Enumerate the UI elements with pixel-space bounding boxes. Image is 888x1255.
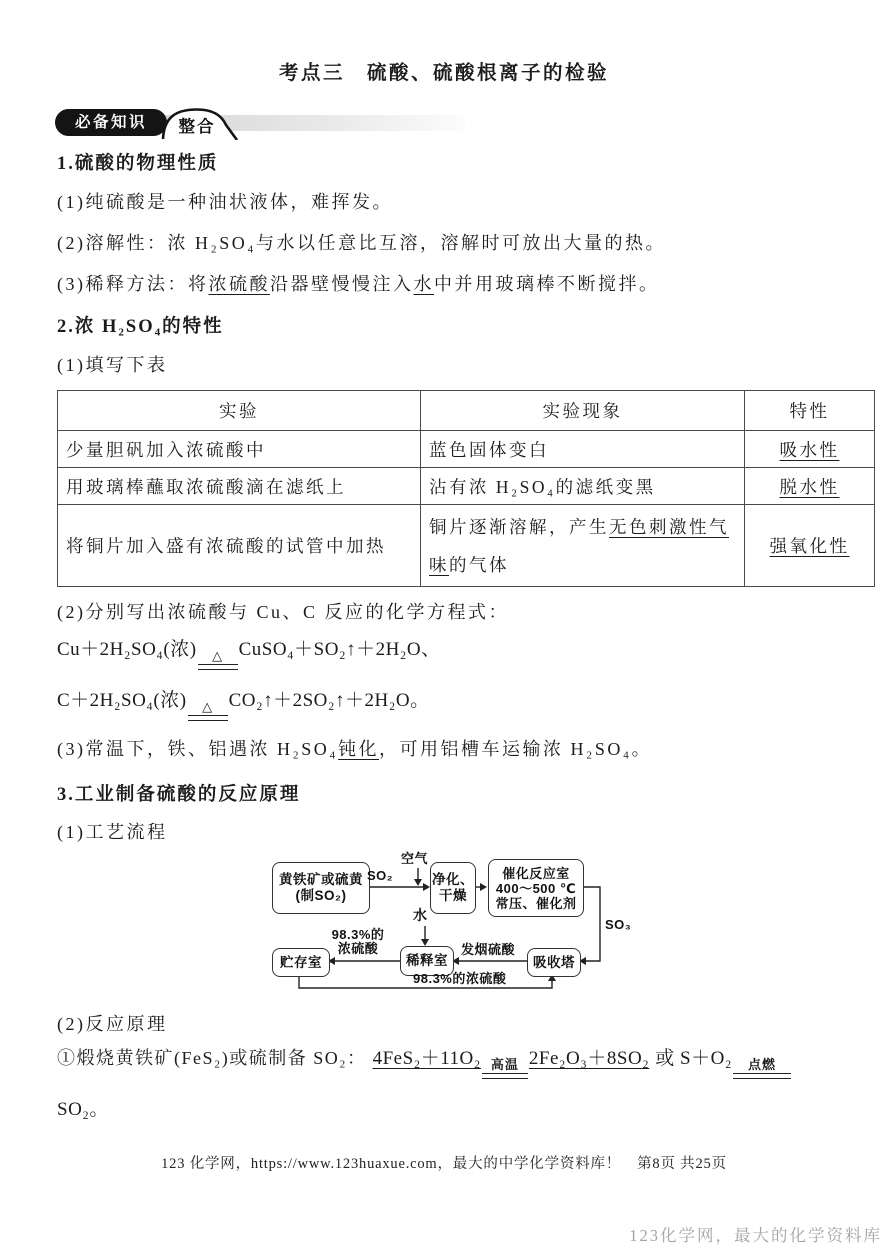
process-flow-diagram: 黄铁矿或硫黄(制SO₂) SO₂ 空气 净化、干燥 催化反应室400～500 ℃… bbox=[57, 852, 830, 1002]
experiment-table: 实验 实验现象 特性 少量胆矾加入浓硫酸中 蓝色固体变白 吸水性 用玻璃棒蘸取浓… bbox=[57, 390, 875, 587]
flow-box-catalyst: 催化反应室400～500 ℃常压、催化剂 bbox=[488, 859, 584, 917]
roast-equation-continued: SO₂。 bbox=[57, 1094, 109, 1121]
flow-box-absorb: 吸收塔 bbox=[527, 948, 581, 977]
equation-right: CO₂↑＋2SO₂↑＋2H₂O。 bbox=[229, 690, 430, 711]
ignite-condition: 点燃 bbox=[733, 1058, 791, 1079]
flow-box-purify: 净化、干燥 bbox=[430, 862, 476, 914]
dilution-suffix: 中并用玻璃棒不断搅拌。 bbox=[434, 274, 660, 294]
document-page: 考点三 硫酸、硫酸根离子的检验 整合 必备知识 1.硫酸的物理性质 (1)纯硫酸… bbox=[0, 0, 888, 1255]
equations-intro: (2)分别写出浓硫酸与 Cu、C 反应的化学方程式： bbox=[57, 600, 509, 624]
section1-heading: 1.硫酸的物理性质 bbox=[57, 149, 218, 175]
footer-site-info: 123 化学网，https://www.123huaxue.com，最大的中学化… bbox=[161, 1156, 621, 1172]
flow-label-oleum: 发烟硫酸 bbox=[461, 943, 515, 957]
passivation-answer: 钝化 bbox=[338, 739, 379, 759]
double-rule bbox=[198, 664, 238, 670]
passivation-item: (3)常温下，铁、铝遇浓 H₂SO₄钝化，可用铝槽车运输浓 H₂SO₄。 bbox=[57, 737, 652, 761]
dilution-answer-water: 水 bbox=[414, 274, 435, 294]
dilution-answer-acid: 浓硫酸 bbox=[209, 274, 271, 294]
flow-label-water: 水 bbox=[413, 908, 428, 922]
property-cell: 强氧化性 bbox=[745, 505, 875, 587]
experiment-cell: 少量胆矾加入浓硫酸中 bbox=[58, 431, 421, 468]
sulfur-alt: 或 S＋O₂ bbox=[655, 1048, 732, 1069]
process-flow-label: (1)工艺流程 bbox=[57, 820, 168, 844]
experiment-cell: 将铜片加入盛有浓硫酸的试管中加热 bbox=[58, 505, 421, 587]
header-property: 特性 bbox=[745, 391, 875, 431]
experiment-cell: 用玻璃棒蘸取浓硫酸滴在滤纸上 bbox=[58, 468, 421, 505]
badge-left-label: 必备知识 bbox=[55, 109, 167, 136]
phenomenon-cell: 沾有浓 H₂SO₄的滤纸变黑 bbox=[421, 468, 745, 505]
section2-heading: 2.浓 H₂SO₄的特性 bbox=[57, 312, 224, 338]
badge-right-label: 整合 bbox=[173, 113, 221, 137]
equation-right: CuSO₄＋SO₂↑＋2H₂O、 bbox=[239, 639, 441, 660]
watermark: 123化学网，最大的化学资料库 bbox=[629, 1222, 882, 1246]
flow-box-source: 黄铁矿或硫黄(制SO₂) bbox=[272, 862, 370, 914]
dilution-prefix: (3)稀释方法：将 bbox=[57, 274, 209, 294]
phenomenon-cell: 铜片逐渐溶解，产生无色刺激性气味的气体 bbox=[421, 505, 745, 587]
flow-label-acid98: 98.3%的浓硫酸 bbox=[329, 928, 387, 956]
flow-label-so2: SO₂ bbox=[367, 869, 393, 883]
table-row: 将铜片加入盛有浓硫酸的试管中加热 铜片逐渐溶解，产生无色刺激性气味的气体 强氧化… bbox=[58, 505, 875, 587]
physical-item-3: (3)稀释方法：将浓硫酸沿器壁慢慢注入水中并用玻璃棒不断搅拌。 bbox=[57, 272, 660, 296]
flow-label-air: 空气 bbox=[401, 852, 428, 866]
roast-equation-line: ①煅烧黄铁矿(FeS₂)或硫制备 SO₂： 4FeS₂＋11O₂高温2Fe₂O₃… bbox=[57, 1046, 792, 1079]
knowledge-badge: 整合 必备知识 bbox=[55, 106, 415, 140]
page-footer: 123 化学网，https://www.123huaxue.com，最大的中学化… bbox=[0, 1152, 888, 1173]
roast-answer-right: 2Fe₂O₃＋8SO₂ bbox=[529, 1048, 649, 1069]
double-rule bbox=[188, 715, 228, 721]
footer-page-number: 第8页 共25页 bbox=[637, 1156, 727, 1172]
table-header-row: 实验 实验现象 特性 bbox=[58, 391, 875, 431]
flow-label-so3: SO₃ bbox=[605, 918, 631, 932]
dilution-middle: 沿器壁慢慢注入 bbox=[270, 274, 414, 294]
reaction-principle-label: (2)反应原理 bbox=[57, 1012, 168, 1036]
flow-box-storage: 贮存室 bbox=[272, 948, 330, 977]
roast-answer-left: 4FeS₂＋11O₂ bbox=[373, 1048, 481, 1069]
double-rule bbox=[733, 1073, 791, 1079]
property-cell: 吸水性 bbox=[745, 431, 875, 468]
table-row: 少量胆矾加入浓硫酸中 蓝色固体变白 吸水性 bbox=[58, 431, 875, 468]
flow-label-acid98-bottom: 98.3%的浓硫酸 bbox=[413, 972, 506, 986]
delta-condition: △ bbox=[188, 700, 228, 721]
c-equation: C＋2H₂SO₄(浓)△CO₂↑＋2SO₂↑＋2H₂O。 bbox=[57, 685, 430, 721]
physical-item-1: (1)纯硫酸是一种油状液体，难挥发。 bbox=[57, 190, 393, 214]
equation-left: C＋2H₂SO₄(浓) bbox=[57, 690, 187, 711]
cu-equation: Cu＋2H₂SO₄(浓)△CuSO₄＋SO₂↑＋2H₂O、 bbox=[57, 634, 441, 670]
header-phenomenon: 实验现象 bbox=[421, 391, 745, 431]
equation-left: Cu＋2H₂SO₄(浓) bbox=[57, 639, 197, 660]
hightemp-condition: 高温 bbox=[482, 1058, 528, 1079]
page-title: 考点三 硫酸、硫酸根离子的检验 bbox=[0, 57, 888, 85]
double-rule bbox=[482, 1073, 528, 1079]
delta-condition: △ bbox=[198, 649, 238, 670]
property-cell: 脱水性 bbox=[745, 468, 875, 505]
table-row: 用玻璃棒蘸取浓硫酸滴在滤纸上 沾有浓 H₂SO₄的滤纸变黑 脱水性 bbox=[58, 468, 875, 505]
header-experiment: 实验 bbox=[58, 391, 421, 431]
physical-item-2: (2)溶解性：浓 H₂SO₄与水以任意比互溶，溶解时可放出大量的热。 bbox=[57, 231, 666, 255]
fill-table-label: (1)填写下表 bbox=[57, 353, 168, 377]
phenomenon-cell: 蓝色固体变白 bbox=[421, 431, 745, 468]
section3-heading: 3.工业制备硫酸的反应原理 bbox=[57, 780, 300, 806]
